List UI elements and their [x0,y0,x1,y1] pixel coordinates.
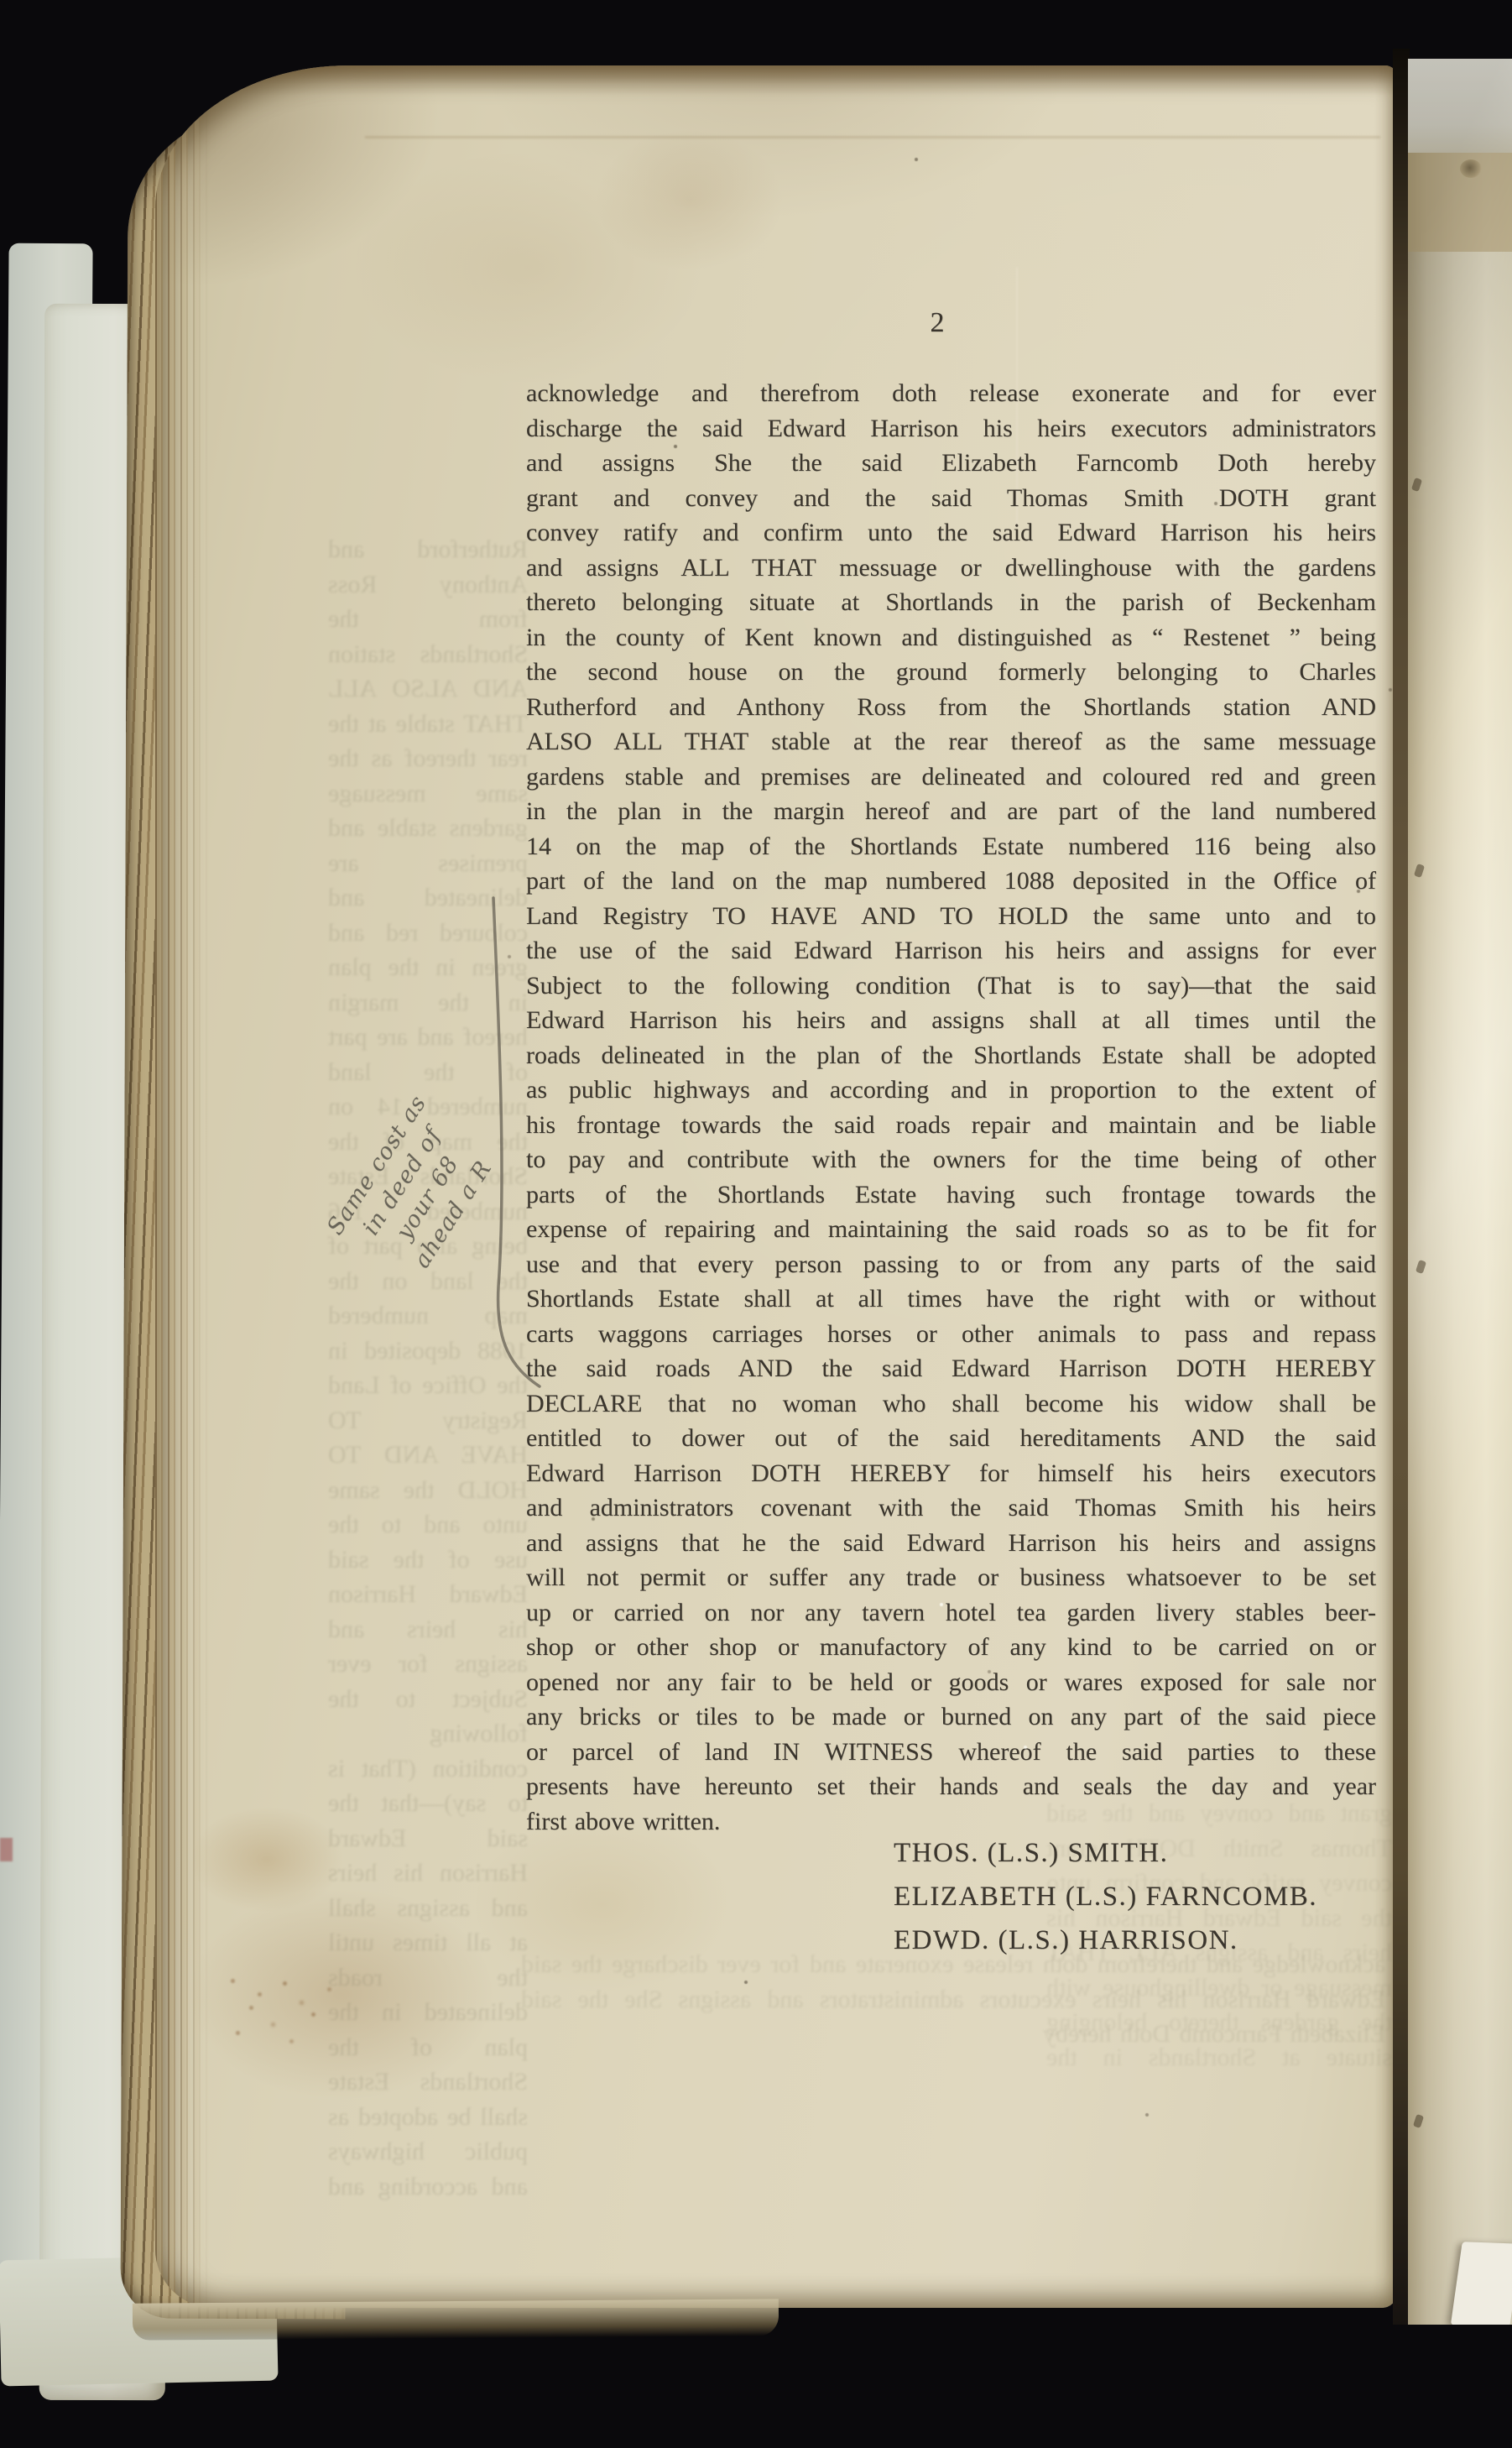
text-line: thereto belonging situate at Shortlands … [526,585,1376,620]
next-page-sliver [1408,59,1512,2325]
text-line: Subject to the following condition (That… [526,968,1376,1004]
text-line: and administrators covenant with the sai… [526,1490,1376,1526]
text-line: Land Registry TO HAVE AND TO HOLD the sa… [526,899,1376,934]
text-line: and assigns ALL THAT messuage or dwellin… [526,551,1376,586]
ghost-bleedthrough-bottom: acknowledge and therefrom doth release e… [521,1947,1385,2054]
text-line: the said roads AND the said Edward Harri… [526,1351,1376,1386]
text-line: grant and convey and the said Thomas Smi… [526,481,1376,516]
text-line: Shortlands Estate shall at all times hav… [526,1281,1376,1317]
left-edge-shading [155,65,209,2308]
text-line: as public highways and according and in … [526,1073,1376,1108]
dust-specks [155,65,159,69]
horizontal-crease [365,136,1380,138]
text-line: ALSO ALL THAT stable at the rear thereof… [526,724,1376,759]
page-number: 2 [920,307,954,339]
text-line: expense of repairing and maintaining the… [526,1212,1376,1247]
text-line: use and that every person passing to or … [526,1247,1376,1282]
pencil-marginalia-note: Same cost asin deed ofyour 68ahead a R [286,1036,545,1344]
signature-line: ELIZABETH (L.S.) FARNCOMB. [894,1875,1317,1918]
bottom-page-curl [133,2299,779,2340]
text-line: carts waggons carriages horses or other … [526,1317,1376,1352]
text-line: Edward Harrison DOTH HEREBY for himself … [526,1456,1376,1491]
text-line: Edward Harrison his heirs and assigns sh… [526,1003,1376,1038]
text-line: entitled to dower out of the said heredi… [526,1421,1376,1456]
text-line: his frontage towards the said roads repa… [526,1108,1376,1143]
red-edge-mark [0,1838,13,1861]
text-line: any bricks or tiles to be made or burned… [526,1699,1376,1735]
text-line: acknowledge and therefrom doth release e… [526,376,1376,411]
gutter-shadow [1393,49,1410,2325]
main-page: Rutherford and Anthony Ross from the Sho… [155,65,1397,2308]
signature-line: THOS. (L.S.) SMITH. [894,1831,1317,1875]
text-line: convey ratify and confirm unto the said … [526,515,1376,551]
deed-body-text: acknowledge and therefrom doth release e… [526,376,1376,1839]
text-line: DECLARE that no woman who shall become h… [526,1386,1376,1422]
text-line: gardens stable and premises are delineat… [526,759,1376,795]
text-line: up or carried on nor any tavern hotel te… [526,1595,1376,1631]
top-edge-shading [155,65,1397,96]
text-line: in the plan in the margin hereof and are… [526,794,1376,829]
text-line: part of the land on the map numbered 108… [526,864,1376,899]
text-line: roads delineated in the plan of the Shor… [526,1038,1376,1073]
signature-line: EDWD. (L.S.) HARRISON. [894,1918,1317,1962]
paper-knot-mark [1460,159,1482,178]
text-line: in the county of Kent known and distingu… [526,620,1376,655]
text-line: and assigns that he the said Edward Harr… [526,1526,1376,1561]
folded-white-corner [1451,2242,1512,2325]
signature-block: THOS. (L.S.) SMITH.ELIZABETH (L.S.) FARN… [894,1831,1317,1962]
book-photo: Rutherford and Anthony Ross from the Sho… [0,0,1512,2448]
text-line: presents have hereunto set their hands a… [526,1769,1376,1804]
text-line: opened nor any fair to be held or goods … [526,1665,1376,1700]
next-page-sheen [1408,59,1512,2325]
text-line: will not permit or suffer any trade or b… [526,1560,1376,1595]
text-line: Rutherford and Anthony Ross from the Sho… [526,690,1376,725]
text-line: parts of the Shortlands Estate having su… [526,1177,1376,1213]
text-line: discharge the said Edward Harrison his h… [526,411,1376,446]
text-line: or parcel of land IN WITNESS whereof the… [526,1735,1376,1770]
text-line: to pay and contribute with the owners fo… [526,1142,1376,1177]
text-line: the second house on the ground formerly … [526,655,1376,690]
text-line: and assigns She the said Elizabeth Farnc… [526,446,1376,481]
text-line: 14 on the map of the Shortlands Estate n… [526,829,1376,864]
text-line: the use of the said Edward Harrison his … [526,933,1376,968]
text-line: shop or other shop or manufactory of any… [526,1630,1376,1665]
ghost-bleedthrough-left: Rutherford and Anthony Ross from the Sho… [328,532,528,2211]
